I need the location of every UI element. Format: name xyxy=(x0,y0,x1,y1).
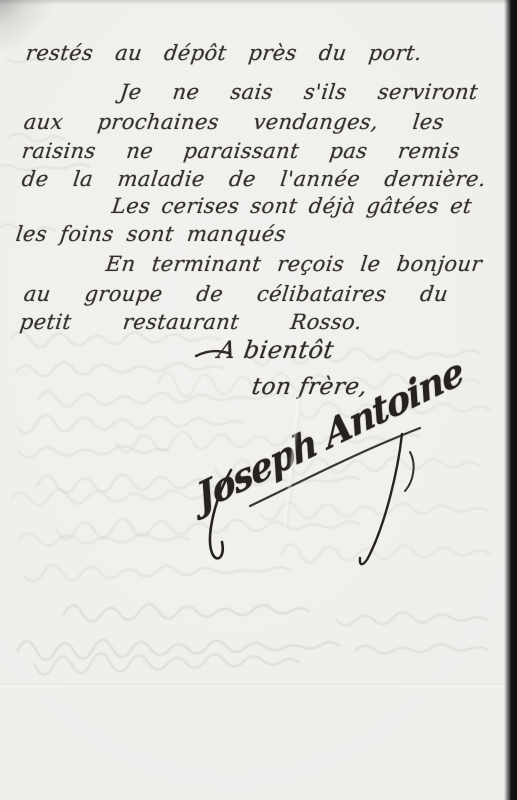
scan-top-edge-shading xyxy=(0,0,517,5)
scanned-letter-page: restés au dépôt près du port. Je ne sais… xyxy=(0,0,517,800)
scan-border-right xyxy=(504,0,517,800)
signature-flourish xyxy=(0,0,517,800)
paper-fold-crease xyxy=(0,684,517,688)
